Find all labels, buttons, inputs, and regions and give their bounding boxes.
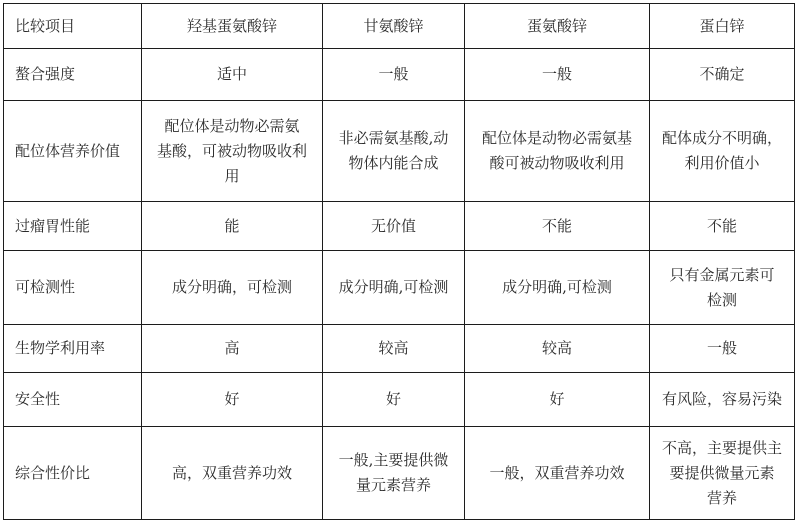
row-label: 可检测性 [4,251,142,325]
table-row-bioavailability: 生物学利用率 高 较高 较高 一般 [4,325,795,373]
table-header-row: 比较项目 羟基蛋氨酸锌 甘氨酸锌 蛋氨酸锌 蛋白锌 [4,4,795,49]
header-zinc-glycinate: 甘氨酸锌 [323,4,465,49]
row-label: 螯合强度 [4,49,142,101]
header-zinc-hydroxy-methionine: 羟基蛋氨酸锌 [142,4,323,49]
data-cell: 成分明确，可检测 [142,251,323,325]
data-cell: 配体成分不明确， 利用价值小 [650,101,795,202]
data-cell: 不能 [650,202,795,251]
data-cell: 一般，双重营养功效 [465,427,650,520]
data-cell: 一般 [650,325,795,373]
row-label: 综合性价比 [4,427,142,520]
data-cell: 适中 [142,49,323,101]
table-row-overall-cost-performance: 综合性价比 高，双重营养功效 一般,主要提供微 量元素营养 一般，双重营养功效 … [4,427,795,520]
table-row-detectability: 可检测性 成分明确，可检测 成分明确,可检测 成分明确,可检测 只有金属元素可 … [4,251,795,325]
data-cell: 不能 [465,202,650,251]
data-cell: 配位体是动物必需氨 基酸，可被动物吸收利 用 [142,101,323,202]
data-cell: 好 [323,373,465,427]
table-row-safety: 安全性 好 好 好 有风险，容易污染 [4,373,795,427]
data-cell: 一般,主要提供微 量元素营养 [323,427,465,520]
row-label: 过瘤胃性能 [4,202,142,251]
data-cell: 只有金属元素可 检测 [650,251,795,325]
data-cell: 高 [142,325,323,373]
data-cell: 一般 [323,49,465,101]
data-cell: 有风险，容易污染 [650,373,795,427]
row-label: 安全性 [4,373,142,427]
data-cell: 好 [142,373,323,427]
data-cell: 不确定 [650,49,795,101]
data-cell: 一般 [465,49,650,101]
data-cell: 成分明确,可检测 [465,251,650,325]
data-cell: 成分明确,可检测 [323,251,465,325]
row-label: 生物学利用率 [4,325,142,373]
header-zinc-protein: 蛋白锌 [650,4,795,49]
table-row-rumen-bypass: 过瘤胃性能 能 无价值 不能 不能 [4,202,795,251]
row-label: 配位体营养价值 [4,101,142,202]
comparison-table: 比较项目 羟基蛋氨酸锌 甘氨酸锌 蛋氨酸锌 蛋白锌 螯合强度 适中 一般 一般 … [3,3,795,520]
data-cell: 能 [142,202,323,251]
header-zinc-methionine: 蛋氨酸锌 [465,4,650,49]
data-cell: 高，双重营养功效 [142,427,323,520]
table-row-ligand-nutrition-value: 配位体营养价值 配位体是动物必需氨 基酸，可被动物吸收利 用 非必需氨基酸,动 … [4,101,795,202]
table-row-chelation-strength: 螯合强度 适中 一般 一般 不确定 [4,49,795,101]
data-cell: 较高 [465,325,650,373]
data-cell: 无价值 [323,202,465,251]
data-cell: 好 [465,373,650,427]
data-cell: 不高，主要提供主 要提供微量元素 营养 [650,427,795,520]
header-comparison-item: 比较项目 [4,4,142,49]
data-cell: 较高 [323,325,465,373]
data-cell: 配位体是动物必需氨基 酸可被动物吸收利用 [465,101,650,202]
data-cell: 非必需氨基酸,动 物体内能合成 [323,101,465,202]
